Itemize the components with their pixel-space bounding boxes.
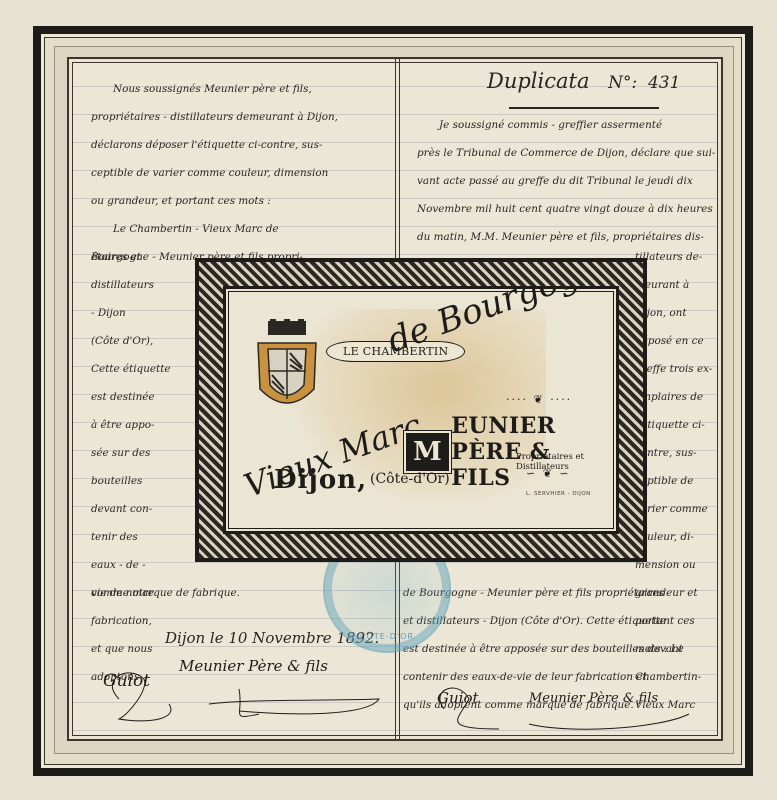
brand-initial: M: [406, 433, 449, 471]
stamp-text-bottom: CÔTE-D'OR: [325, 632, 449, 641]
right-line: près le Tribunal de Commerce de Dijon, d…: [417, 139, 715, 167]
narrow-line: étaires et: [91, 243, 171, 271]
narrow-line: Cette étiquette: [91, 355, 171, 383]
narrow-line: bouteilles: [91, 467, 171, 495]
ornament-icon: ∽ ❦ ∽: [526, 467, 571, 480]
narrow-line: tenir des: [91, 523, 171, 551]
heading-number-label: N°:: [608, 73, 637, 93]
heading-number: 431: [648, 73, 680, 93]
narrow-line: eaux - de -: [91, 551, 171, 579]
right-line: Je soussigné commis - greffier asserment…: [417, 111, 715, 139]
narrow-line: devant con-: [91, 495, 171, 523]
heading-underline: [509, 107, 659, 109]
right-line: Novembre mil huit cent quatre vingt douz…: [417, 195, 715, 223]
duplicata-heading: Duplicata N°: 431: [487, 69, 680, 93]
right-line: vant acte passé au greffe du dit Tribuna…: [417, 167, 715, 195]
narrow-line: - Dijon: [91, 299, 171, 327]
signature-flourish-icon: [89, 659, 389, 729]
signature-flourish-icon: [419, 679, 719, 739]
printer-credit: L. SERVHIER - DIJON: [526, 491, 591, 497]
left-line: comme marque de fabrique.: [91, 579, 240, 607]
left-declaration-top: Nous soussignés Meunier père et fils, pr…: [91, 75, 338, 271]
left-declaration-bottom: comme marque de fabrique.: [91, 579, 240, 607]
narrow-line: distillateurs: [91, 271, 171, 299]
left-line: Le Chambertin - Vieux Marc de: [91, 215, 338, 243]
label-city: Dijon,: [274, 465, 367, 495]
left-line: déclarons déposer l'étiquette ci-contre,…: [91, 131, 338, 159]
product-label: LE CHAMBERTIN de Bourgogne Vieux Marc ··…: [195, 258, 647, 562]
right-certificate-top: Je soussigné commis - greffier asserment…: [417, 111, 715, 251]
label-panel: LE CHAMBERTIN de Bourgogne Vieux Marc ··…: [223, 286, 619, 534]
heading-text: Duplicata: [487, 69, 589, 93]
narrow-line: sée sur des: [91, 439, 171, 467]
left-line: propriétaires - distillateurs demeurant …: [91, 103, 338, 131]
document-mount: Duplicata N°: 431 Nous soussignés Meunie…: [33, 26, 753, 776]
label-department: (Côte-d'Or): [370, 471, 450, 487]
narrow-line: à être appo-: [91, 411, 171, 439]
coat-of-arms-icon: [254, 319, 320, 419]
left-line: ceptible de varier comme couleur, dimens…: [91, 159, 338, 187]
narrow-line: est destinée: [91, 383, 171, 411]
left-line: ou grandeur, et portant ces mots :: [91, 187, 338, 215]
ornament-icon: ···· ❦ ····: [506, 393, 572, 406]
left-declaration-narrow: étaires etdistillateurs- Dijon(Côte d'Or…: [91, 243, 171, 691]
narrow-line: (Côte d'Or),: [91, 327, 171, 355]
paper-sheet: Duplicata N°: 431 Nous soussignés Meunie…: [54, 46, 734, 754]
narrow-line: fabrication,: [91, 607, 171, 635]
left-line: Nous soussignés Meunier père et fils,: [91, 75, 338, 103]
